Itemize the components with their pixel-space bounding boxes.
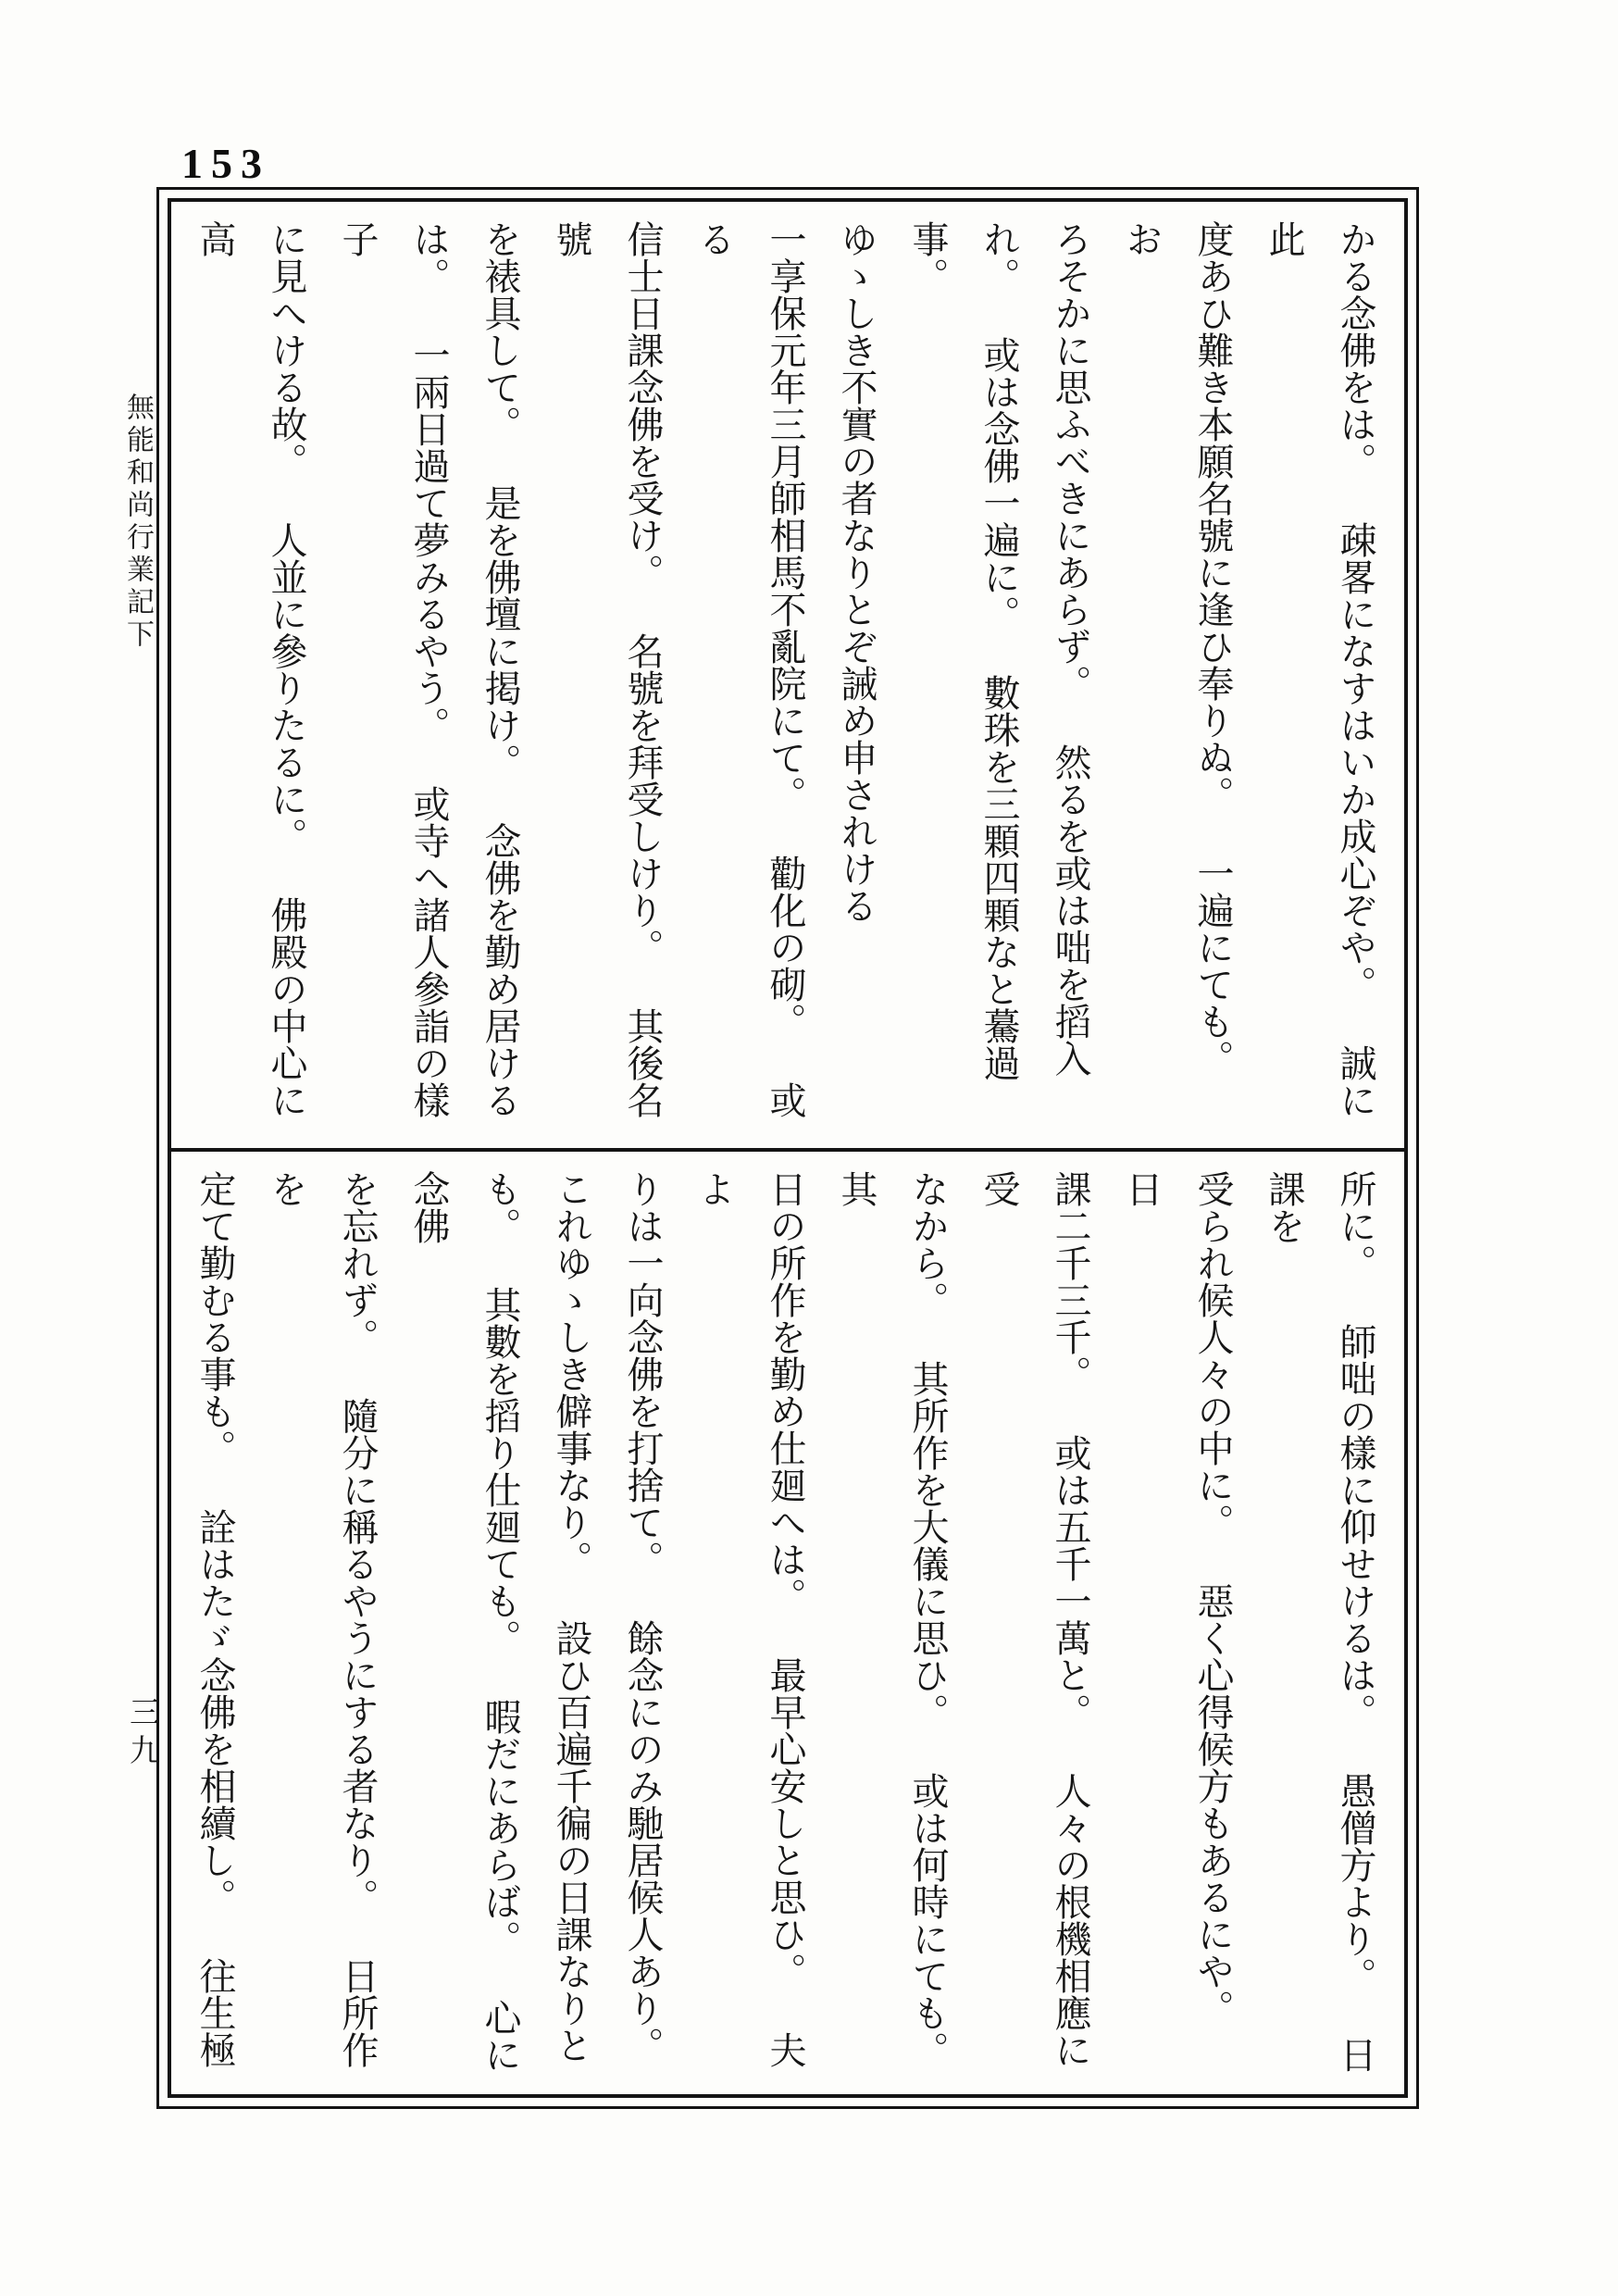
text-column: かる念佛をは。 疎畧になすはいか成心ぞや。 誠に此: [1249, 220, 1391, 1148]
text-column: 度あひ難き本願名號に逢ひ奉りぬ。 一遍にても。 お: [1106, 220, 1249, 1148]
text-column: は。 一兩日過て夢みるやう。 或寺へ諸人參詣の樣子: [322, 220, 465, 1148]
text-column: りは一向念佛を打捨て。 餘念にのみ馳居候人あり。: [607, 1170, 678, 2094]
text-column: を忘れず。 隨分に稱るやうにする者なり。 日所作を: [251, 1170, 393, 2094]
page-frame: かる念佛をは。 疎畧になすはいか成心ぞや。 誠に此 度あひ難き本願名號に逢ひ奉り…: [156, 187, 1419, 2109]
text-column: これゆゝしき僻事なり。 設ひ百遍千徧の日課なりと: [536, 1170, 607, 2094]
text-column: ろそかに思ふべきにあらず。 然るを或は咄を搯入: [1035, 220, 1106, 1148]
bottom-text-block: 所に。 師咄の樣に仰せけるは。 愚僧方より。 日課を 受られ候人々の中に。 惡く…: [171, 1152, 1404, 2094]
inner-frame: かる念佛をは。 疎畧になすはいか成心ぞや。 誠に此 度あひ難き本願名號に逢ひ奉り…: [168, 198, 1408, 2098]
text-column: なから。 其所作を大儀に思ひ。 或は何時にても。 其: [821, 1170, 964, 2094]
text-column: 一享保元年三月師相馬不亂院にて。 勸化の砌。 或る: [678, 220, 821, 1148]
text-column: ゆゝしき不實の者なりとぞ誡め申されける: [821, 220, 892, 1148]
text-column: を裱具して。 是を佛壇に掲け。 念佛を勤め居ける: [465, 220, 536, 1148]
margin-title: 無能和尚行業記下: [117, 393, 157, 652]
text-column: 定て勤むる事も。 詮はたゞ念佛を相續し。 往生極樂: [171, 1170, 251, 2094]
page-number: 153: [181, 139, 270, 188]
text-column: れ。 或は念佛一遍に。 數珠を三顆四顆なと驀過事。: [892, 220, 1035, 1148]
text-column: 受られ候人々の中に。 惡く心得候方もあるにや。 日: [1106, 1170, 1249, 2094]
text-column: に見へける故。 人並に參りたるに。 佛殿の中心に高: [180, 220, 322, 1148]
text-column: 日の所作を勤め仕廻へは。 最早心安しと思ひ。 夫よ: [678, 1170, 821, 2094]
text-column: も。 其數を搯り仕廻ても。 暇だにあらば。 心に念佛: [393, 1170, 536, 2094]
text-column: 信士日課念佛を受け。 名號を拜受しけり。 其後名號: [536, 220, 678, 1148]
text-column: 所に。 師咄の樣に仰せけるは。 愚僧方より。 日課を: [1249, 1170, 1391, 2094]
text-column: 課二千三千。 或は五千一萬と。 人々の根機相應に受: [964, 1170, 1106, 2094]
scanned-book-page: { "page_number": "153", "margin": { "tit…: [0, 0, 1618, 2296]
top-text-block: かる念佛をは。 疎畧になすはいか成心ぞや。 誠に此 度あひ難き本願名號に逢ひ奉り…: [171, 202, 1404, 1148]
text-column: 座を飾れり。 扨は説法あるにや。 能き所へ參り合ひ: [171, 220, 180, 1148]
